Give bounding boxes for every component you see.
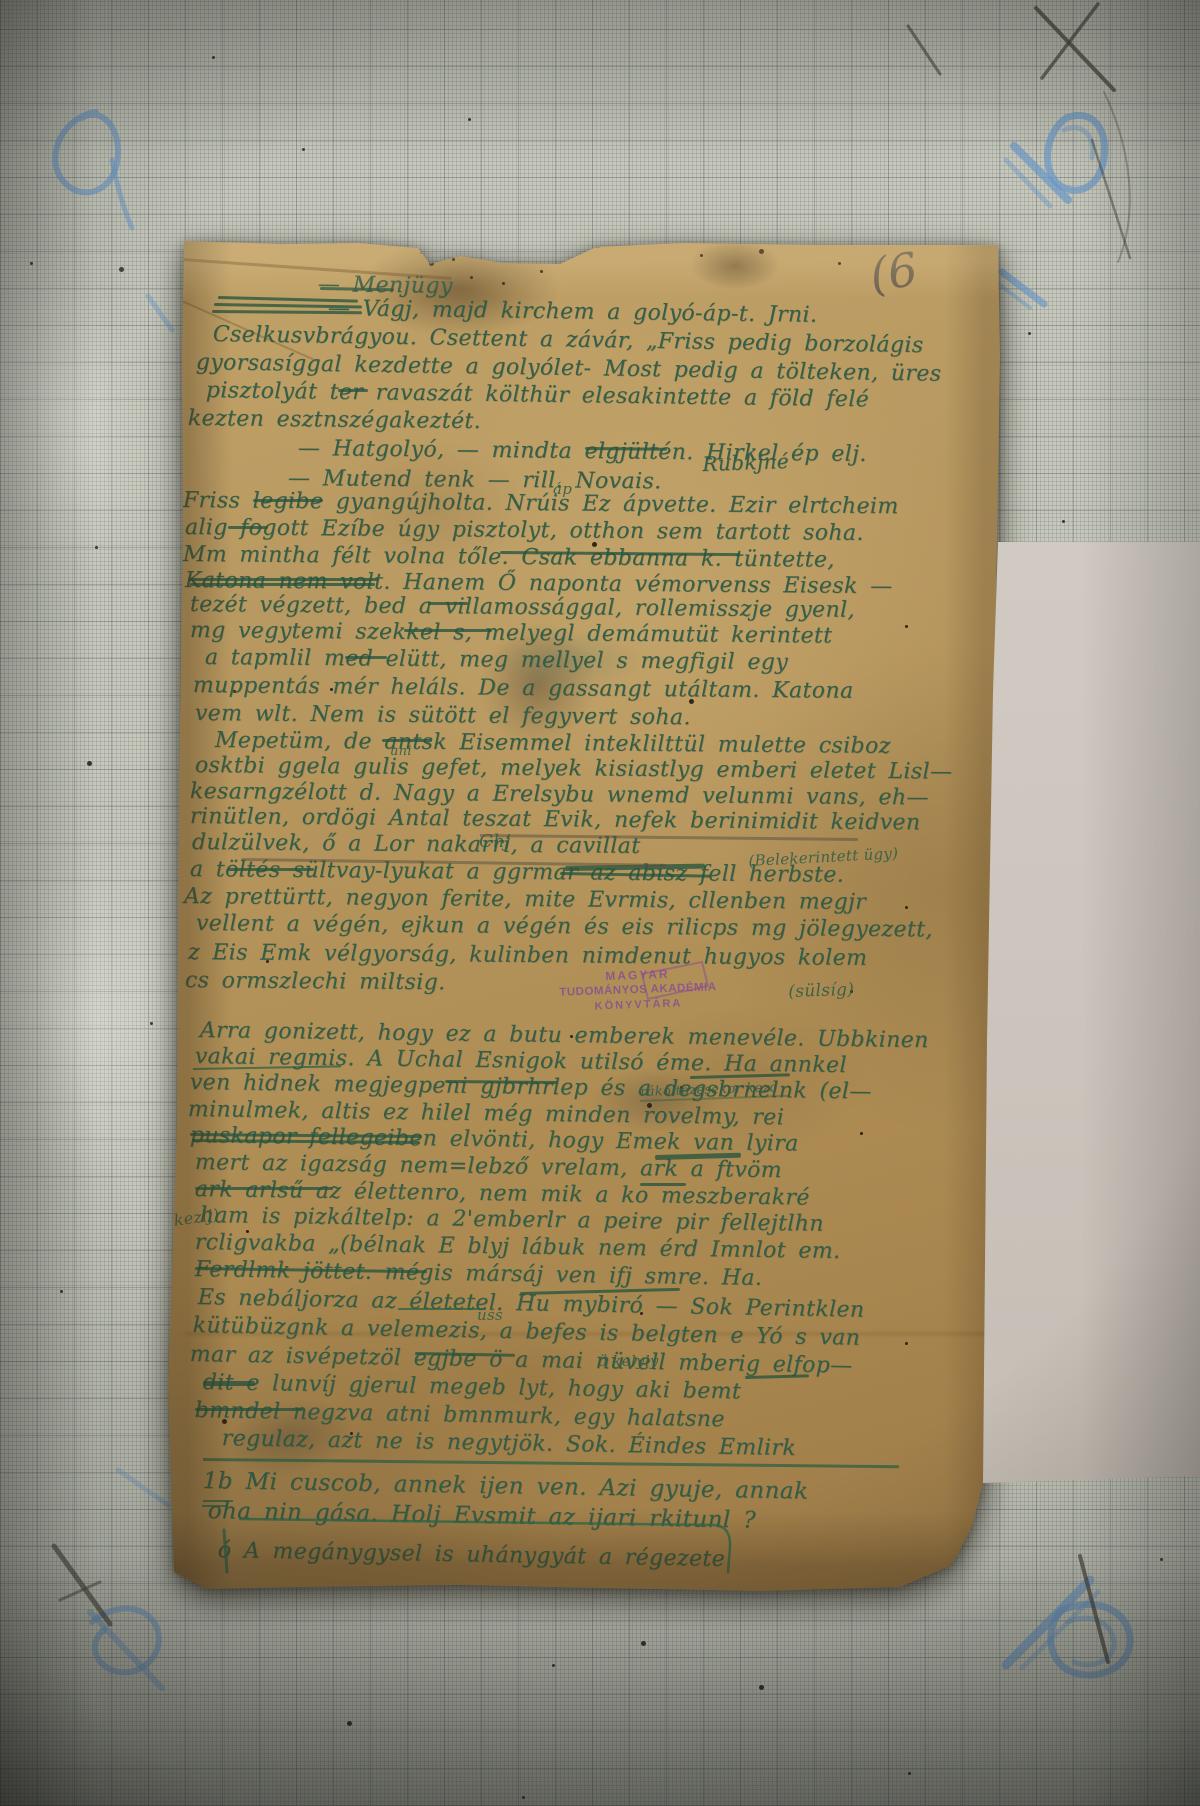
handwriting-line: mg vegytemi szekkel s, melyegl demámutüt…: [190, 618, 833, 649]
strikethrough-mark: [640, 1183, 686, 1186]
handwriting-line: vellent a végén, ejkun a végén és eis ri…: [196, 911, 933, 942]
handwriting-insertion: áp: [553, 480, 572, 498]
strikethrough-mark: [203, 1381, 255, 1386]
strikethrough-mark: [428, 602, 468, 605]
green-underline: [202, 1505, 228, 1507]
handwriting-line: cs ormszlechi miltsig.: [185, 968, 446, 995]
strikethrough-mark: [195, 1187, 333, 1190]
strikethrough-mark: [345, 656, 387, 659]
library-stamp: MAGYAR TUDOMÁNYOS AKADÉMIA KÖNYVTÁRA: [557, 965, 718, 1016]
paper-crease: [420, 246, 600, 254]
handwriting-line: — Vágj, majd kirchem a golyó-áp-t. Jrni.: [328, 296, 818, 328]
handwriting-line: Az prettürtt, negyon ferite, mite Evrmis…: [184, 884, 866, 915]
handwriting-insertion: ö kelyly: [598, 1352, 659, 1370]
green-underline: [398, 1308, 486, 1310]
strikethrough-mark: [190, 583, 375, 586]
handwriting-line: ó A megánygysel is uhánygyát a régezete: [218, 1538, 726, 1572]
strikethrough-mark: [195, 1408, 303, 1411]
handwriting-line: z Eis Emk vélgyorság, kulinben nimdenut …: [188, 940, 868, 971]
strikethrough-mark: [228, 868, 314, 871]
strikethrough-mark: [382, 739, 432, 742]
handwriting-line: muppentás mér heláls. De a gassangt utál…: [193, 673, 854, 704]
ink-stain: [690, 240, 780, 290]
strikethrough-mark: [212, 310, 362, 314]
manuscript-paper: — Menjügy — Vágj, majd kirchem a golyó-á…: [162, 235, 1004, 1595]
photo-of-manuscript: — Menjügy — Vágj, majd kirchem a golyó-á…: [0, 0, 1200, 1806]
handwriting-line: vem wlt. Nem is sütött el fegyvert soha.: [195, 701, 691, 730]
ink-specks: [162, 235, 165, 238]
handwriting-line: kezten esztnszégakeztét.: [188, 406, 481, 434]
manuscript-page: — Menjügy — Vágj, majd kirchem a golyó-á…: [162, 235, 1004, 1595]
strikethrough-mark: [338, 389, 368, 392]
handwriting-line: alig fogott Ezíbe úgy pisztolyt, otthon …: [185, 515, 864, 546]
white-sheet: [983, 542, 1200, 1483]
handwriting-line: a tapmlil med elütt, meg mellyel s megfi…: [205, 645, 788, 675]
strikethrough-mark: [228, 526, 268, 529]
handwriting-word: Rubkjné: [702, 449, 789, 476]
strikethrough-mark: [404, 629, 492, 632]
strikethrough-mark: [253, 499, 323, 502]
strikethrough-mark: [188, 578, 378, 581]
handwriting-insertion: (sülsíg): [788, 980, 854, 1002]
handwriting-line: oha nin gása. Holj Evsmit az ijari rkitu…: [208, 1498, 757, 1534]
handwriting-insertion: uni: [390, 744, 412, 759]
green-underline: [203, 1500, 233, 1502]
handwriting-line: — Menjügy: [318, 272, 453, 299]
page-number-pencil: (6: [866, 242, 921, 303]
strikethrough-mark: [745, 1374, 809, 1379]
handwriting-line: Friss legibe gyangújholta. Nrúis Ez ápve…: [183, 488, 899, 519]
